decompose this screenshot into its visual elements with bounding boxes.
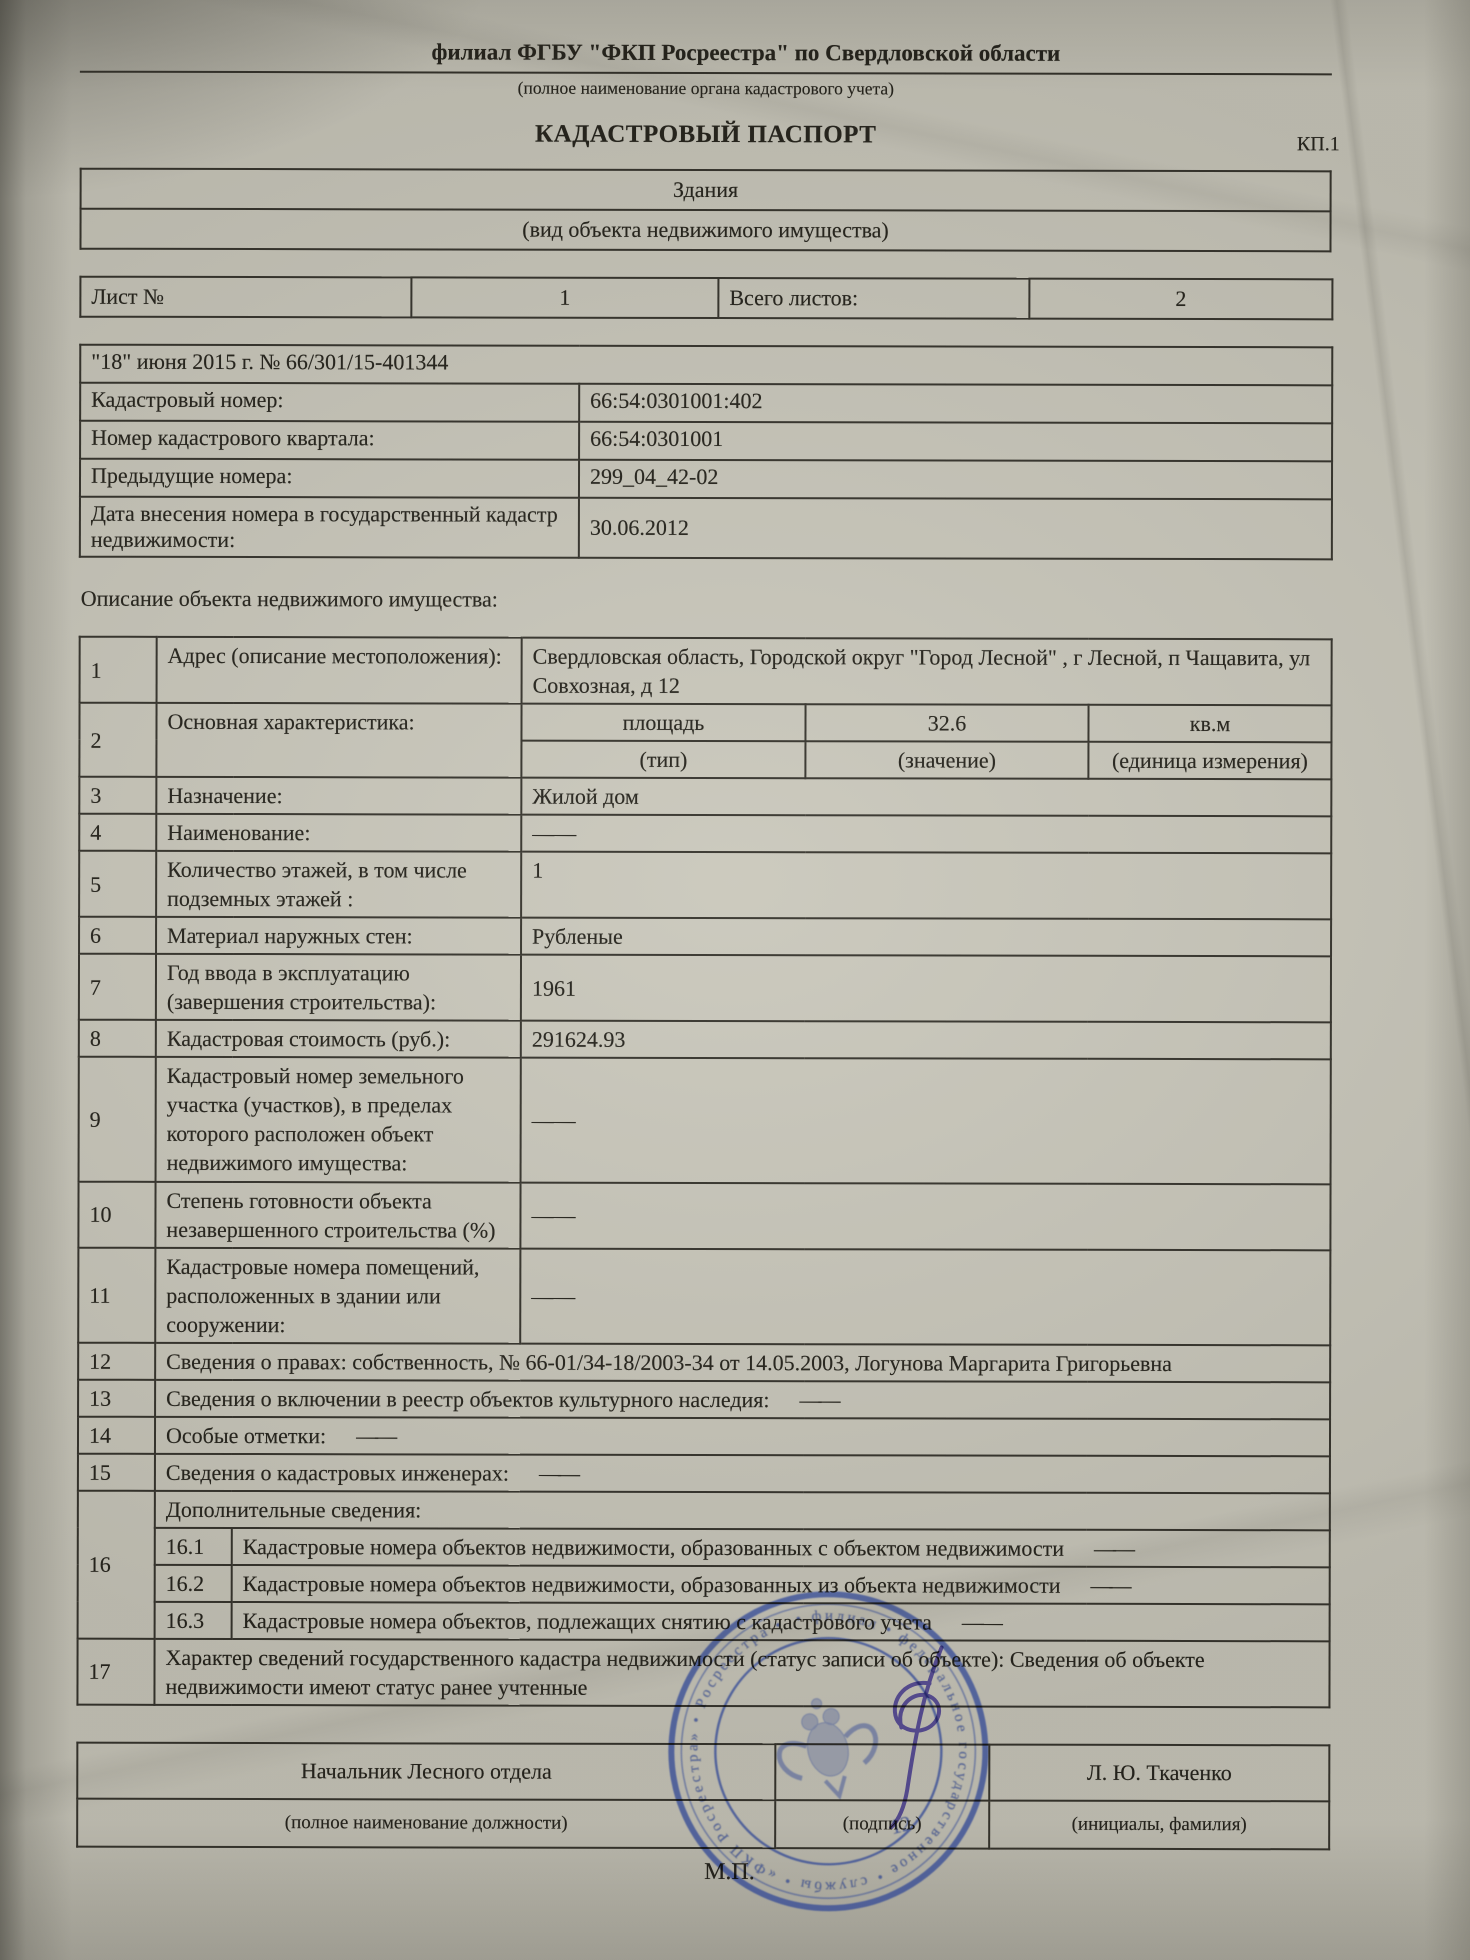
characteristic-value-caption: (значение) [805, 741, 1088, 779]
sheet-total-label: Всего листов: [718, 278, 1029, 319]
row-value: 30.06.2012 [579, 498, 1332, 560]
row-value: 1961 [521, 955, 1331, 1023]
row-number: 6 [79, 917, 156, 954]
row-label: Кадастровая стоимость (руб.): [156, 1020, 521, 1058]
table-row: 7 Год ввода в эксплуатацию (завершения с… [79, 954, 1331, 1023]
table-row: 5 Количество этажей, в том числе подземн… [79, 851, 1331, 920]
form-code: КП.1 [1297, 133, 1340, 156]
table-row: 8 Кадастровая стоимость (руб.): 291624.9… [79, 1020, 1331, 1060]
handwritten-signature [863, 1639, 973, 1835]
table-row: 14 Особые отметки:—— [78, 1416, 1330, 1456]
scanned-document-page: филиал ФГБУ "ФКП Росреестра" по Свердлов… [0, 0, 1470, 1960]
row-label: Кадастровые номера помещений, расположен… [155, 1247, 520, 1343]
row-number: 4 [79, 814, 156, 851]
table-row: 6 Материал наружных стен: Рубленые [79, 917, 1331, 957]
row-value: 291624.93 [521, 1021, 1331, 1060]
additional-info-header: Дополнительные сведения: [155, 1491, 1330, 1530]
row-number: 2 [79, 703, 156, 777]
row-label: Дата внесения номера в государственный к… [80, 497, 579, 558]
row-label: Адрес (описание местоположения): [157, 637, 522, 704]
row-number: 17 [77, 1639, 154, 1705]
row-label: Назначение: [156, 777, 521, 815]
empty-value-dash: —— [1094, 1534, 1132, 1563]
sheet-label: Лист № [80, 277, 411, 318]
row-value: Жилой дом [521, 778, 1331, 817]
row-value: —— [521, 1058, 1331, 1184]
table-row: (вид объекта недвижимого имущества) [80, 209, 1330, 252]
row-label: Предыдущие номера: [80, 459, 579, 498]
table-row: 13 Сведения о включении в реестр объекто… [78, 1379, 1330, 1419]
row-label: Кадастровый номер: [80, 383, 579, 422]
table-row: 4 Наименование: —— [79, 814, 1331, 854]
registration-table: "18" июня 2015 г. № 66/301/15-401344 Кад… [79, 344, 1333, 561]
row-number: 9 [79, 1057, 156, 1181]
row-number: 3 [79, 777, 156, 814]
table-row: 10 Степень готовности объекта незавершен… [78, 1181, 1330, 1250]
sub-row-number: 16.3 [155, 1602, 232, 1639]
empty-value-dash: —— [539, 1458, 577, 1487]
table-row: 1 Адрес (описание местоположения): Сверд… [80, 637, 1332, 706]
object-kind-caption: (вид объекта недвижимого имущества) [80, 209, 1330, 252]
row-label: Степень готовности объекта незавершенног… [155, 1181, 520, 1248]
row-number: 11 [78, 1247, 155, 1342]
row-number: 14 [78, 1416, 155, 1453]
row-label: Материал наружных стен: [156, 917, 521, 955]
empty-value-dash: —— [800, 1385, 838, 1414]
table-row: 9 Кадастровый номер земельного участка (… [79, 1057, 1331, 1184]
table-row: 16.2 Кадастровые номера объектов недвижи… [78, 1565, 1330, 1605]
org-name: филиал ФГБУ "ФКП Росреестра" по Свердлов… [80, 39, 1332, 76]
rights-info: Сведения о правах: собственность, № 66-0… [155, 1343, 1330, 1382]
row-text: Сведения о кадастровых инженерах: [166, 1460, 509, 1486]
table-row: Дата внесения номера в государственный к… [80, 497, 1332, 560]
signature-block: Начальник Лесного отдела Л. Ю. Ткаченко … [76, 1742, 1328, 1888]
row-number: 10 [78, 1181, 155, 1247]
table-row: 11 Кадастровые номера помещений, располо… [78, 1247, 1330, 1345]
table-row: "18" июня 2015 г. № 66/301/15-401344 [80, 345, 1332, 386]
table-row: Лист № 1 Всего листов: 2 [80, 277, 1332, 320]
empty-value-dash: —— [1090, 1571, 1128, 1600]
row-value: 66:54:0301001:402 [579, 384, 1332, 424]
document-title: КАДАСТРОВЫЙ ПАСПОРТ [80, 120, 1332, 151]
row-number: 15 [78, 1453, 155, 1490]
characteristic-value: 32.6 [805, 704, 1088, 742]
special-notes: Особые отметки:—— [155, 1417, 1330, 1456]
row-label: Год ввода в эксплуатацию (завершения стр… [156, 954, 521, 1021]
org-name-caption: (полное наименование органа кадастрового… [80, 77, 1332, 101]
row-label: Наименование: [156, 814, 521, 852]
row-text: Сведения о включении в реестр объектов к… [166, 1386, 770, 1412]
row-value: Свердловская область, Городской округ "Г… [522, 638, 1332, 706]
table-row: Предыдущие номера: 299_04_42-02 [80, 459, 1332, 500]
row-number: 12 [78, 1342, 155, 1379]
row-label: Количество этажей, в том числе подземных… [156, 851, 521, 918]
engineers-info: Сведения о кадастровых инженерах:—— [155, 1454, 1330, 1493]
object-kind-value: Здания [81, 169, 1331, 212]
row-text: Особые отметки: [166, 1423, 326, 1448]
object-kind-table: Здания (вид объекта недвижимого имуществ… [79, 168, 1331, 253]
sub-row-number: 16.1 [155, 1528, 232, 1565]
signer-name-caption: (инициалы, фамилия) [989, 1801, 1329, 1850]
row-value: —— [520, 1248, 1330, 1345]
characteristic-unit-caption: (единица измерения) [1088, 742, 1331, 780]
object-description-table: 1 Адрес (описание местоположения): Сверд… [76, 636, 1332, 1709]
table-row: 15 Сведения о кадастровых инженерах:—— [78, 1453, 1330, 1493]
characteristic-type: площадь [521, 704, 805, 742]
row-value: Рубленые [521, 918, 1331, 957]
sheet-number: 1 [411, 277, 718, 318]
row-value: —— [520, 1182, 1330, 1250]
empty-value-dash: —— [356, 1421, 394, 1450]
row-label: Кадастровый номер земельного участка (уч… [156, 1057, 521, 1182]
sheet-total: 2 [1029, 279, 1332, 320]
table-row: 2 Основная характеристика: площадь 32.6 … [79, 703, 1331, 743]
table-row: 16.1 Кадастровые номера объектов недвижи… [78, 1528, 1330, 1568]
table-row: 12 Сведения о правах: собственность, № 6… [78, 1342, 1330, 1382]
table-row: 3 Назначение: Жилой дом [79, 777, 1331, 817]
characteristic-type-caption: (тип) [521, 741, 805, 779]
row-label: Основная характеристика: [156, 703, 521, 778]
description-heading: Описание объекта недвижимого имущества: [81, 586, 1331, 615]
table-row: Кадастровый номер: 66:54:0301001:402 [80, 383, 1332, 424]
row-number: 13 [78, 1379, 155, 1416]
signer-name: Л. Ю. Ткаченко [989, 1745, 1329, 1802]
heritage-info: Сведения о включении в реестр объектов к… [155, 1380, 1330, 1419]
table-row: Номер кадастрового квартала: 66:54:03010… [80, 421, 1332, 462]
table-row: 16 Дополнительные сведения: [78, 1490, 1330, 1530]
document-content: филиал ФГБУ "ФКП Росреестра" по Свердлов… [76, 39, 1332, 1888]
row-value: 66:54:0301001 [579, 422, 1332, 462]
row-value: 1 [521, 852, 1331, 920]
row-number: 8 [79, 1020, 156, 1057]
table-row: Здания [81, 169, 1331, 212]
row-value: 299_04_42-02 [579, 460, 1332, 500]
row-number: 5 [79, 851, 156, 917]
row-number: 16 [78, 1490, 155, 1638]
sub-row-text: Кадастровые номера объектов недвижимости… [232, 1528, 1330, 1567]
row-label: Номер кадастрового квартала: [80, 421, 579, 460]
registration-date-line: "18" июня 2015 г. № 66/301/15-401344 [80, 345, 1332, 386]
sub-row-number: 16.2 [155, 1565, 232, 1602]
row-value: —— [521, 815, 1331, 854]
sheet-table: Лист № 1 Всего листов: 2 [79, 276, 1333, 321]
row-number: 7 [79, 954, 156, 1020]
row-number: 1 [80, 637, 157, 703]
characteristic-unit: кв.м [1088, 705, 1331, 743]
